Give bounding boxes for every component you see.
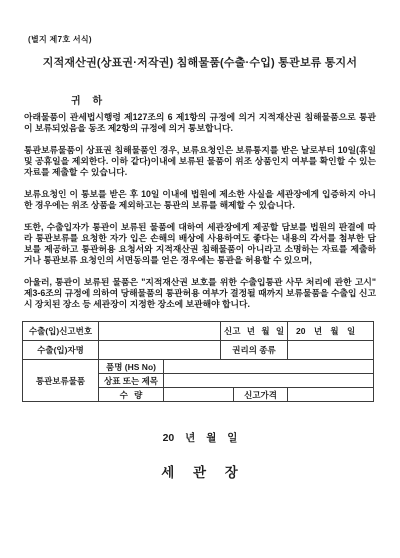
trademark-title-label: 상표 또는 제목 (99, 374, 164, 388)
declaration-table: 수출(입)신고번호 신고 년 월 일 20 년 월 일 수출(입)자명 권리의 … (22, 321, 374, 402)
document-title: 지적재산권(상표권·저작권) 침해물품(수출·수입) 통관보류 통지서 (0, 54, 400, 70)
declared-price-label: 신고가격 (234, 388, 288, 402)
customs-director-signature: 세 관 장 (0, 461, 400, 481)
right-type-field (288, 341, 374, 360)
quantity-label: 수 량 (99, 388, 164, 402)
exporter-name-field (99, 341, 221, 360)
item-name-field (164, 360, 374, 374)
body-paragraph-5: 아울러, 통관이 보류된 물품은 "지적재산권 보호를 위한 수출입통관 사무 … (24, 277, 376, 310)
table-row: 통관보류물품 품명 (HS No) (23, 360, 374, 374)
item-name-label: 품명 (HS No) (99, 360, 164, 374)
exporter-name-label: 수출(입)자명 (23, 341, 99, 360)
issue-date-line: 20 년 월 일 (0, 430, 400, 445)
table-row: 수출(입)신고번호 신고 년 월 일 20 년 월 일 (23, 322, 374, 341)
declaration-number-field (99, 322, 221, 341)
right-type-label: 권리의 종류 (221, 341, 288, 360)
addressee-line: 귀 하 (71, 92, 102, 107)
table-row: 수출(입)자명 권리의 종류 (23, 341, 374, 360)
quantity-field (164, 388, 234, 402)
trademark-title-field (164, 374, 374, 388)
declaration-date-label: 신고 년 월 일 (221, 322, 288, 341)
body-paragraph-2: 통관보류물품이 상표권 침해물품인 경우, 보류요청인은 보류통지를 받은 날로… (24, 145, 376, 178)
body-paragraph-1: 아래물품이 관세법시행령 제127조의 6 제1항의 규정에 의거 지적재산권 … (24, 112, 376, 134)
declaration-date-value: 20 년 월 일 (288, 322, 374, 341)
body-text: 아래물품이 관세법시행령 제127조의 6 제1항의 규정에 의거 지적재산권 … (24, 112, 376, 321)
form-number-label: (별지 제7호 서식) (28, 34, 92, 45)
body-paragraph-3: 보류요청인 이 통보를 받은 후 10일 이내에 법원에 제소한 사실을 세관장… (24, 189, 376, 211)
declared-price-field (288, 388, 374, 402)
body-paragraph-4: 또한, 수출입자가 통관이 보류된 물품에 대하여 세관장에게 제공할 담보를 … (24, 222, 376, 266)
declaration-number-label: 수출(입)신고번호 (23, 322, 99, 341)
document-page: (별지 제7호 서식) 지적재산권(상표권·저작권) 침해물품(수출·수입) 통… (0, 0, 400, 558)
held-goods-label: 통관보류물품 (23, 360, 99, 402)
